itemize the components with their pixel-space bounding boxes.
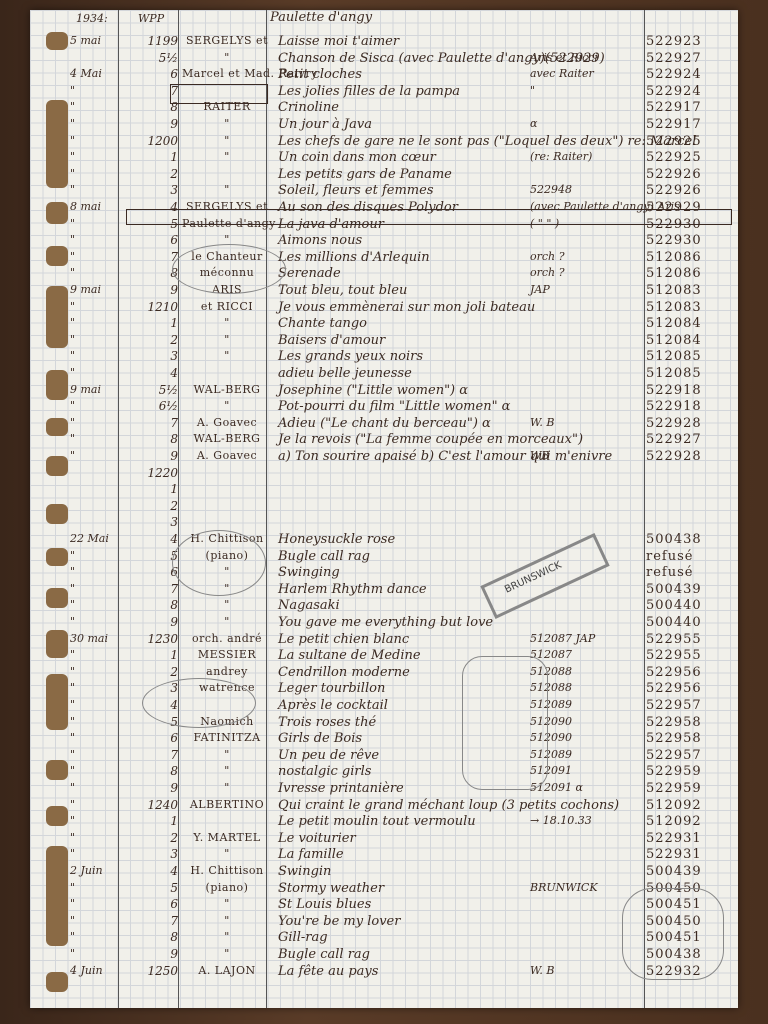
- catalog-number: 522926: [646, 167, 736, 182]
- artist-name: MESSIER: [182, 648, 272, 661]
- song-title: Baisers d'amour: [278, 333, 385, 348]
- row-date: ": [70, 366, 120, 379]
- artist-name: ": [182, 316, 272, 329]
- artist-name: ": [182, 781, 272, 794]
- row-date: ": [70, 300, 120, 313]
- matrix-number: 9: [122, 781, 178, 795]
- matrix-number: 3: [122, 515, 178, 529]
- song-title: Serenade: [278, 266, 341, 281]
- artist-name: ": [182, 847, 272, 860]
- matrix-number: 7: [122, 914, 178, 928]
- catalog-number: refusé: [646, 549, 736, 564]
- margin-note: BRUNWICK: [530, 881, 598, 894]
- matrix-number: 7: [122, 582, 178, 596]
- song-title: Je vous emmènerai sur mon joli bateau: [278, 300, 535, 315]
- row-date: ": [70, 814, 120, 827]
- matrix-number: 1200: [122, 134, 178, 148]
- song-title: La fête au pays: [278, 964, 378, 979]
- matrix-number: 1: [122, 316, 178, 330]
- song-title: nostalgic girls: [278, 764, 371, 779]
- matrix-number: 8: [122, 432, 178, 446]
- matrix-number: 2: [122, 167, 178, 181]
- song-title: Bugle call rag: [278, 549, 370, 564]
- song-title: Harlem Rhythm dance: [278, 582, 427, 597]
- song-title: Josephine ("Little women") α: [278, 383, 468, 398]
- matrix-number: 4: [122, 864, 178, 878]
- catalog-number: 522927: [646, 51, 736, 66]
- song-title: Petit cloches: [278, 67, 362, 82]
- catalog-number: 512084: [646, 333, 736, 348]
- matrix-number: 7: [122, 416, 178, 430]
- matrix-number: 6: [122, 897, 178, 911]
- matrix-number: 4: [122, 532, 178, 546]
- matrix-number: 7: [122, 748, 178, 762]
- circled-artist: [172, 530, 266, 596]
- catalog-number: 500440: [646, 615, 736, 630]
- matrix-number: 9: [122, 449, 178, 463]
- song-title: Bugle call rag: [278, 947, 370, 962]
- row-date: 9 mai: [70, 383, 120, 396]
- matrix-number: 1: [122, 482, 178, 496]
- catalog-number: 522925: [646, 134, 736, 149]
- row-date: ": [70, 134, 120, 147]
- matrix-number: 1250: [122, 964, 178, 978]
- catalog-number: 512085: [646, 349, 736, 364]
- matrix-number: 8: [122, 930, 178, 944]
- matrix-number: 1: [122, 814, 178, 828]
- artist-name: H. Chittison: [182, 864, 272, 877]
- matrix-number: 9: [122, 615, 178, 629]
- song-title: Les millions d'Arlequin: [278, 250, 430, 265]
- row-date: ": [70, 698, 120, 711]
- song-title: Cendrillon moderne: [278, 665, 410, 680]
- matrix-number: 3: [122, 847, 178, 861]
- matrix-number: 8: [122, 764, 178, 778]
- catalog-number: 512083: [646, 283, 736, 298]
- song-title: Le voiturier: [278, 831, 356, 846]
- matrix-number: 6½: [122, 399, 178, 413]
- song-title: Crinoline: [278, 100, 339, 115]
- year-label: 1934:: [76, 12, 108, 25]
- catalog-number: 500438: [646, 532, 736, 547]
- matrix-number: 3: [122, 183, 178, 197]
- catalog-number: 522924: [646, 84, 736, 99]
- catalog-number: 522930: [646, 233, 736, 248]
- catalog-number: 522955: [646, 632, 736, 647]
- row-date: 22 Mai: [70, 532, 120, 545]
- artist-name: ALBERTINO: [182, 798, 272, 811]
- song-title: Nagasaki: [278, 598, 340, 613]
- row-date: ": [70, 233, 120, 246]
- song-title: Un coin dans mon cœur: [278, 150, 436, 165]
- row-date: 30 mai: [70, 632, 120, 645]
- catalog-number: 522931: [646, 831, 736, 846]
- catalog-number: 522918: [646, 399, 736, 414]
- row-date: ": [70, 266, 120, 279]
- catalog-number: 522926: [646, 183, 736, 198]
- catalog-number: 512092: [646, 798, 736, 813]
- catalog-number: 522928: [646, 416, 736, 431]
- row-date: ": [70, 565, 120, 578]
- artist-name: ": [182, 914, 272, 927]
- margin-note: (re: Raiter): [530, 150, 592, 163]
- row-date: ": [70, 549, 120, 562]
- song-title: Tout bleu, tout bleu: [278, 283, 407, 298]
- song-title: Soleil, fleurs et femmes: [278, 183, 434, 198]
- row-date: ": [70, 648, 120, 661]
- artist-name: FATINITZA: [182, 731, 272, 744]
- row-date: ": [70, 665, 120, 678]
- artist-name: et RICCI: [182, 300, 272, 313]
- row-date: ": [70, 150, 120, 163]
- row-date: ": [70, 167, 120, 180]
- song-title: Laisse moi t'aimer: [278, 34, 399, 49]
- artist-name: ": [182, 615, 272, 628]
- matrix-number: 8: [122, 598, 178, 612]
- matrix-number: 5: [122, 549, 178, 563]
- row-date: 8 mai: [70, 200, 120, 213]
- row-date: ": [70, 316, 120, 329]
- artist-name: A. Goavec: [182, 449, 272, 462]
- artist-name: ": [182, 51, 272, 64]
- song-title: Les grands yeux noirs: [278, 349, 423, 364]
- row-date: ": [70, 117, 120, 130]
- row-date: ": [70, 930, 120, 943]
- song-title: Stormy weather: [278, 881, 384, 896]
- matrix-number: 4: [122, 366, 178, 380]
- matrix-number: 7: [122, 250, 178, 264]
- artist-name: ": [182, 947, 272, 960]
- song-title: Le petit chien blanc: [278, 632, 409, 647]
- margin-note: orch ?: [530, 250, 565, 263]
- matrix-number: 1210: [122, 300, 178, 314]
- circled-artist: [142, 678, 256, 728]
- song-title: Un peu de rêve: [278, 748, 379, 763]
- song-title: Je la revois ("La femme coupée en morcea…: [278, 432, 583, 447]
- artist-name: ": [182, 134, 272, 147]
- matrix-number: 8: [122, 266, 178, 280]
- song-title: La sultane de Medine: [278, 648, 421, 663]
- row-date: ": [70, 250, 120, 263]
- matrix-number: 9: [122, 947, 178, 961]
- matrix-number: 5½: [122, 51, 178, 65]
- row-date: 5 mai: [70, 34, 120, 47]
- matrix-number: 6: [122, 731, 178, 745]
- row-date: ": [70, 100, 120, 113]
- song-title: Après le cocktail: [278, 698, 388, 713]
- artist-name: ": [182, 150, 272, 163]
- row-date: ": [70, 715, 120, 728]
- catalog-number: 500440: [646, 598, 736, 613]
- matrix-number: 2: [122, 831, 178, 845]
- matrix-number: 1220: [122, 466, 178, 480]
- catalog-number: 500439: [646, 864, 736, 879]
- matrix-number: 5½: [122, 383, 178, 397]
- matrix-number: 1: [122, 150, 178, 164]
- row-date: ": [70, 681, 120, 694]
- boxed-entry: [126, 209, 732, 225]
- artist-name: andrey: [182, 665, 272, 678]
- song-title: Aimons nous: [278, 233, 362, 248]
- catalog-number: 522927: [646, 432, 736, 447]
- catalog-number: 522957: [646, 698, 736, 713]
- song-title: Swingin: [278, 864, 331, 879]
- row-date: ": [70, 914, 120, 927]
- margin-note: orch ?: [530, 266, 565, 279]
- row-date: ": [70, 798, 120, 811]
- song-title: St Louis blues: [278, 897, 371, 912]
- row-date: ": [70, 847, 120, 860]
- catalog-number: 522956: [646, 681, 736, 696]
- row-date: ": [70, 432, 120, 445]
- matrix-number: 6: [122, 233, 178, 247]
- catalog-number: 522917: [646, 117, 736, 132]
- artist-name: ": [182, 930, 272, 943]
- row-date: ": [70, 781, 120, 794]
- catalog-number: refusé: [646, 565, 736, 580]
- catalog-number: 522918: [646, 383, 736, 398]
- song-title: Pot-pourri du film "Little women" α: [278, 399, 510, 414]
- margin-note: JAP: [530, 283, 550, 296]
- matrix-number: 6: [122, 565, 178, 579]
- matrix-number: 2: [122, 333, 178, 347]
- row-date: ": [70, 449, 120, 462]
- artist-name: Marcel et Mad. Raivry: [182, 67, 272, 80]
- catalog-number: 522955: [646, 648, 736, 663]
- song-title: Swinging: [278, 565, 340, 580]
- matrix-number: 1230: [122, 632, 178, 646]
- row-date: ": [70, 947, 120, 960]
- margin-note: W. B: [530, 964, 554, 977]
- row-date: ": [70, 598, 120, 611]
- boxed-artist: [170, 84, 268, 104]
- margin-note: Aris et Ricci: [530, 51, 598, 64]
- artist-name: (piano): [182, 881, 272, 894]
- song-title: Chante tango: [278, 316, 367, 331]
- song-title: Le petit moulin tout vermoulu: [278, 814, 476, 829]
- margin-note: → 18.10.33: [530, 814, 592, 827]
- catalog-number: 522931: [646, 847, 736, 862]
- catalog-number: 522957: [646, 748, 736, 763]
- margin-note: 512087 JAP: [530, 632, 595, 645]
- row-date: ": [70, 333, 120, 346]
- song-title: You gave me everything but love: [278, 615, 493, 630]
- ledger-page: 1934: WPP Paulette d'angy 5 mai1199SERGE…: [30, 10, 738, 1008]
- artist-name: ": [182, 349, 272, 362]
- catalog-number: 512086: [646, 250, 736, 265]
- matrix-number: 9: [122, 283, 178, 297]
- catalog-number: 512086: [646, 266, 736, 281]
- column-header: WPP: [138, 12, 164, 25]
- circled-artist: [172, 244, 286, 294]
- artist-name: WAL-BERG: [182, 432, 272, 445]
- row-date: ": [70, 183, 120, 196]
- row-date: ": [70, 881, 120, 894]
- row-date: ": [70, 416, 120, 429]
- catalog-number: 522958: [646, 731, 736, 746]
- catalog-number: 522925: [646, 150, 736, 165]
- matrix-number: 1199: [122, 34, 178, 48]
- margin-note: WB: [530, 449, 549, 462]
- catalog-number: 522917: [646, 100, 736, 115]
- artist-name: A. Goavec: [182, 416, 272, 429]
- artist-name: ": [182, 399, 272, 412]
- row-date: 9 mai: [70, 283, 120, 296]
- circled-numbers: [622, 888, 724, 980]
- row-date: ": [70, 84, 120, 97]
- matrix-number: 3: [122, 349, 178, 363]
- song-title: adieu belle jeunesse: [278, 366, 412, 381]
- artist-name: WAL-BERG: [182, 383, 272, 396]
- song-title: Les petits gars de Paname: [278, 167, 452, 182]
- artist-name: SERGELYS et: [182, 34, 272, 47]
- catalog-number: 522923: [646, 34, 736, 49]
- artist-name: ": [182, 897, 272, 910]
- row-date: ": [70, 748, 120, 761]
- artist-name: ": [182, 598, 272, 611]
- matrix-number: 5: [122, 881, 178, 895]
- song-title: Honeysuckle rose: [278, 532, 395, 547]
- artist-name: ": [182, 764, 272, 777]
- artist-name: ": [182, 333, 272, 346]
- catalog-number: 522956: [646, 665, 736, 680]
- row-date: 2 Juin: [70, 864, 120, 877]
- song-title: Les jolies filles de la pampa: [278, 84, 460, 99]
- matrix-number: 1240: [122, 798, 178, 812]
- matrix-number: 1: [122, 648, 178, 662]
- row-date: ": [70, 399, 120, 412]
- top-title: Paulette d'angy: [270, 10, 372, 25]
- margin-note: ": [530, 84, 535, 97]
- circled-numbers: [462, 656, 548, 790]
- song-title: Ivresse printanière: [278, 781, 404, 796]
- song-title: La famille: [278, 847, 344, 862]
- row-date: ": [70, 582, 120, 595]
- artist-name: ": [182, 117, 272, 130]
- song-title: Qui craint le grand méchant loup (3 peti…: [278, 798, 619, 813]
- song-title: Girls de Bois: [278, 731, 362, 746]
- song-title: Gill-rag: [278, 930, 328, 945]
- matrix-number: 6: [122, 67, 178, 81]
- song-title: You're be my lover: [278, 914, 400, 929]
- song-title: Leger tourbillon: [278, 681, 385, 696]
- row-date: ": [70, 217, 120, 230]
- song-title: Adieu ("Le chant du berceau") α: [278, 416, 491, 431]
- row-date: ": [70, 349, 120, 362]
- catalog-number: 512092: [646, 814, 736, 829]
- artist-name: ": [182, 748, 272, 761]
- song-title: Trois roses thé: [278, 715, 376, 730]
- matrix-number: 2: [122, 665, 178, 679]
- song-title: Les chefs de gare ne le sont pas ("Loque…: [278, 134, 696, 149]
- song-title: Un jour à Java: [278, 117, 372, 132]
- row-date: 4 Juin: [70, 964, 120, 977]
- row-date: ": [70, 831, 120, 844]
- catalog-number: 522959: [646, 764, 736, 779]
- row-date: ": [70, 897, 120, 910]
- artist-name: Y. MARTEL: [182, 831, 272, 844]
- margin-note: W. B: [530, 416, 554, 429]
- margin-note: α: [530, 117, 537, 130]
- catalog-number: 522959: [646, 781, 736, 796]
- row-date: ": [70, 764, 120, 777]
- margin-note: 522948: [530, 183, 572, 196]
- song-title: a) Ton sourire apaisé b) C'est l'amour q…: [278, 449, 612, 464]
- artist-name: orch. andré: [182, 632, 272, 645]
- margin-note: avec Raiter: [530, 67, 594, 80]
- catalog-number: 522958: [646, 715, 736, 730]
- matrix-number: 9: [122, 117, 178, 131]
- matrix-number: 2: [122, 499, 178, 513]
- row-date: 4 Mai: [70, 67, 120, 80]
- row-date: ": [70, 615, 120, 628]
- catalog-number: 522928: [646, 449, 736, 464]
- catalog-number: 500439: [646, 582, 736, 597]
- catalog-number: 522924: [646, 67, 736, 82]
- artist-name: ": [182, 183, 272, 196]
- row-date: ": [70, 731, 120, 744]
- catalog-number: 512084: [646, 316, 736, 331]
- catalog-number: 512083: [646, 300, 736, 315]
- artist-name: A. LAJON: [182, 964, 272, 977]
- catalog-number: 512085: [646, 366, 736, 381]
